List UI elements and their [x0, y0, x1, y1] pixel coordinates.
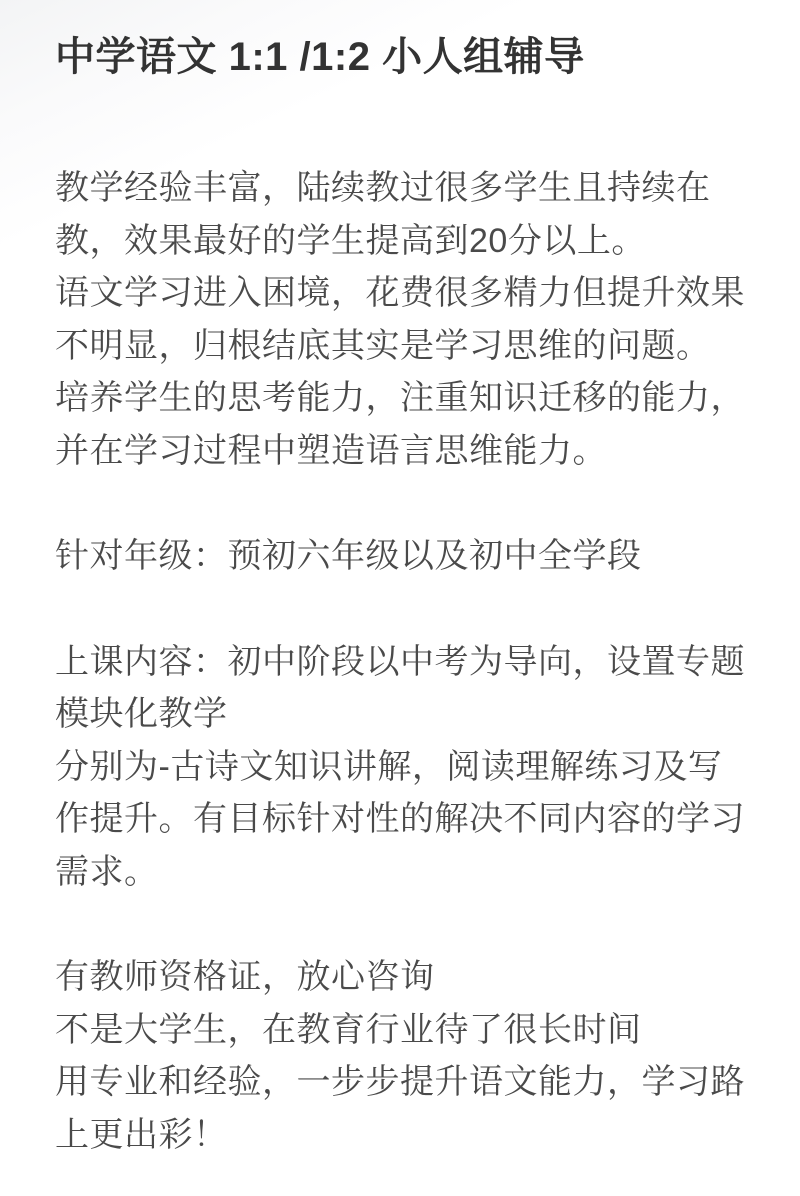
post-title: 中学语文 1:1 /1:2 小人组辅导: [55, 28, 770, 86]
paragraph: 有教师资格证，放心咨询不是大学生，在教育行业待了很长时间用专业和经验，一步步提升…: [55, 951, 770, 1161]
text-line: 需求。: [55, 846, 770, 899]
post-page: 中学语文 1:1 /1:2 小人组辅导 教学经验丰富，陆续教过很多学生且持续在教…: [0, 0, 800, 1196]
text-line: 针对年级：预初六年级以及初中全学段: [55, 530, 770, 583]
text-line: 培养学生的思考能力，注重知识迁移的能力，: [55, 372, 770, 425]
text-line: 模块化教学: [55, 688, 770, 741]
text-line: 教学经验丰富，陆续教过很多学生且持续在: [55, 162, 770, 215]
paragraph: 上课内容：初中阶段以中考为导向，设置专题模块化教学分别为-古诗文知识讲解，阅读理…: [55, 636, 770, 899]
paragraph: 教学经验丰富，陆续教过很多学生且持续在教，效果最好的学生提高到20分以上。语文学…: [55, 162, 770, 477]
paragraph: 针对年级：预初六年级以及初中全学段: [55, 530, 770, 583]
text-line: 并在学习过程中塑造语言思维能力。: [55, 425, 770, 478]
text-line: 上更出彩！: [55, 1109, 770, 1162]
text-line: 用专业和经验，一步步提升语文能力，学习路: [55, 1056, 770, 1109]
text-line: 分别为-古诗文知识讲解，阅读理解练习及写: [55, 741, 770, 794]
text-line: 有教师资格证，放心咨询: [55, 951, 770, 1004]
post-body: 教学经验丰富，陆续教过很多学生且持续在教，效果最好的学生提高到20分以上。语文学…: [55, 162, 770, 1161]
text-line: 不明显，归根结底其实是学习思维的问题。: [55, 320, 770, 373]
text-line: 不是大学生，在教育行业待了很长时间: [55, 1004, 770, 1057]
text-line: 上课内容：初中阶段以中考为导向，设置专题: [55, 636, 770, 689]
post-content: 中学语文 1:1 /1:2 小人组辅导 教学经验丰富，陆续教过很多学生且持续在教…: [55, 28, 770, 1161]
text-line: 教，效果最好的学生提高到20分以上。: [55, 215, 770, 268]
text-line: 作提升。有目标针对性的解决不同内容的学习: [55, 793, 770, 846]
text-line: 语文学习进入困境，花费很多精力但提升效果: [55, 267, 770, 320]
